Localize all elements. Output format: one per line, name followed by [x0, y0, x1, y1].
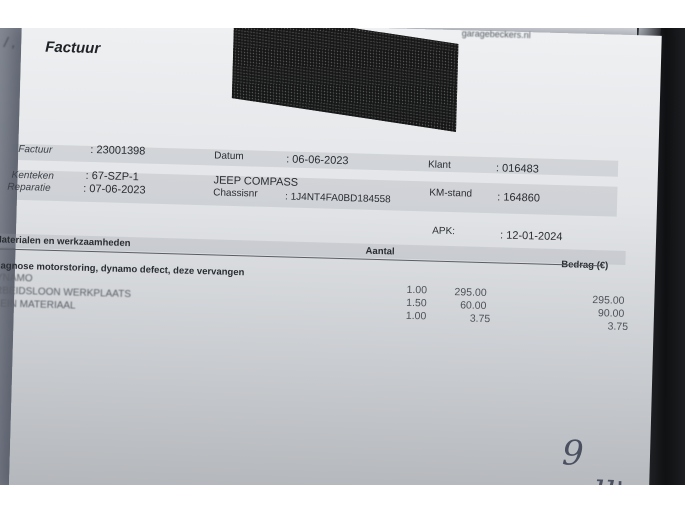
km-stand-label: KM-stand: [429, 187, 472, 199]
km-stand-value: : 164860: [497, 191, 540, 204]
item-name: DYNAMO: [0, 272, 33, 284]
vehicle-model: JEEP COMPASS: [213, 174, 298, 188]
item-price: 60.00: [460, 299, 487, 312]
repair-description: Diagnose motorstoring, dynamo defect, de…: [0, 260, 245, 278]
item-amount: 3.75: [607, 320, 628, 333]
item-price: 295.00: [454, 286, 486, 299]
datum-label: Datum: [214, 150, 244, 162]
kenteken-label: Kenteken: [11, 170, 54, 182]
item-name: ARBEIDSLOON WERKPLAATS: [0, 285, 131, 300]
apk-label: APK:: [432, 226, 455, 238]
item-name: KLEIN MATERIAAL: [0, 298, 76, 311]
redacted-address-block: [232, 28, 459, 132]
item-qty: 1.50: [406, 297, 427, 310]
item-qty: 1.00: [406, 310, 427, 323]
item-price: 3.75: [470, 313, 491, 326]
chassisnr-label: Chassisnr: [213, 187, 258, 199]
klant-value: : 016483: [496, 162, 539, 175]
kenteken-value: : 67-SZP-1: [85, 170, 139, 183]
klant-label: Klant: [428, 159, 451, 171]
reparatie-label: Reparatie: [7, 182, 51, 194]
item-qty: 1.00: [406, 284, 427, 297]
reparatie-value: : 07-06-2023: [83, 183, 146, 197]
invoice-photo: / , Factuur garagebeckers.nl Factuur : 2…: [0, 28, 685, 485]
factuur-number: : 23001398: [90, 144, 145, 158]
website-url: garagebeckers.nl: [462, 28, 531, 40]
background-scribble: / ,: [4, 34, 16, 50]
document-title: Factuur: [45, 39, 100, 58]
aantal-column-header: Aantal: [365, 246, 394, 258]
item-amount: 295.00: [592, 294, 624, 307]
factuur-label: Factuur: [18, 144, 52, 156]
datum-value: : 06-06-2023: [286, 153, 349, 167]
item-amount: 90.00: [598, 307, 625, 320]
apk-value: : 12-01-2024: [500, 229, 563, 243]
invoice-paper: Factuur garagebeckers.nl Factuur : 23001…: [9, 28, 662, 485]
handwritten-note: 9 ...ll': [560, 433, 650, 485]
